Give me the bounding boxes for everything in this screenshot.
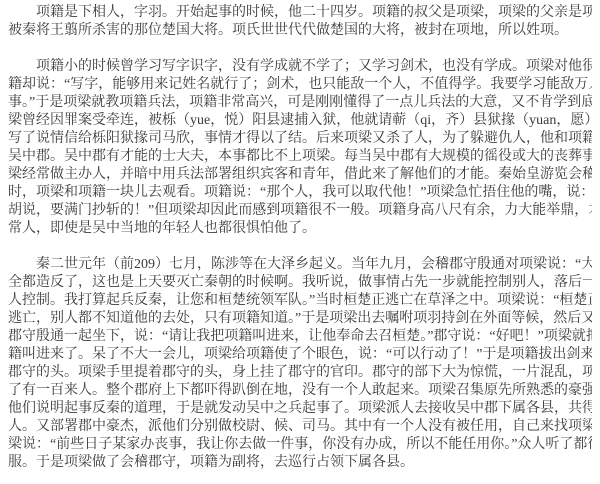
text-line: 梁曾经因罪案受牵连，被栎（yue，悦）阳县逮捕入狱，他就请蕲（qi，齐）县狱掾（… xyxy=(8,112,592,130)
text-line: 逃亡，别人都不知道他的去处，只有项籍知道。”于是项梁出去嘱咐项羽持剑在外面等候，… xyxy=(8,310,592,328)
text-line: 人控制。我打算起兵反秦，让您和桓楚统领军队。”当时桓楚正逃亡在草泽之中。项梁说：… xyxy=(8,292,592,310)
paragraph: 项籍小的时候曾学习写字识字，没有学成就不学了；又学习剑术，也没有学成。项梁对他很… xyxy=(8,58,592,238)
text-line: 秦二世元年（前209）七月，陈涉等在大泽乡起义。当年九月，会稽郡守殷通对项梁说：… xyxy=(8,256,592,274)
text-line: 常人，即使是吴中当地的年轻人也都很惧怕他了。 xyxy=(8,220,592,238)
text-line: 梁说：“前些日子某家办丧事，我让你去做一件事，你没有办成，所以不能任用你。”众人… xyxy=(8,436,592,454)
text-line: 胡说，要满门抄斩的！”但项梁却因此而感到项籍很不一般。项籍身高八尺有余，力大能举… xyxy=(8,202,592,220)
document-page: 项籍是下相人，字羽。开始起事的时候，他二十四岁。项籍的叔父是项梁，项梁的父亲是项… xyxy=(0,0,600,484)
text-line: 籍却说：“写字，能够用来记姓名就行了；剑术，也只能敌一个人，不值得学。我要学习能… xyxy=(8,76,592,94)
text-line: 籍叫进来了。呆了不大一会儿，项梁给项籍使了个眼色，说：“可以行动了！”于是项籍拔… xyxy=(8,346,592,364)
text-line: 他们说明起事反秦的道理，于是就发动吴中之兵起事了。项梁派人去接收吴中郡下属各县，… xyxy=(8,400,592,418)
text-line: 事。”于是项梁就教项籍兵法，项籍非常高兴，可是刚刚懂得了一点儿兵法的大意，又不肯… xyxy=(8,94,592,112)
text-line: 被秦将王翦所杀害的那位楚国大将。项氏世世代代做楚国的大将，被封在项地，所以姓项。 xyxy=(8,22,592,40)
text-line: 了有一百来人。整个郡府上下都吓得趴倒在地，没有一个人敢起来。项梁召集原先所熟悉的… xyxy=(8,382,592,400)
text-line: 梁经常做主办人，并暗中用兵法部署组织宾客和青年，借此来了解他们的才能。秦始皇游览… xyxy=(8,166,592,184)
text-line: 项籍是下相人，字羽。开始起事的时候，他二十四岁。项籍的叔父是项梁，项梁的父亲是项… xyxy=(8,4,592,22)
text-line: 全都造反了，这也是上天要灭亡秦朝的时候啊。我听说，做事情占先一步就能控制别人，落… xyxy=(8,274,592,292)
paragraph: 秦二世元年（前209）七月，陈涉等在大泽乡起义。当年九月，会稽郡守殷通对项梁说：… xyxy=(8,256,592,472)
text-line: 吴中郡。吴中郡有才能的士大夫，本事都比不上项梁。每当吴中郡有大规模的徭役或大的丧… xyxy=(8,148,592,166)
paragraph: 项籍是下相人，字羽。开始起事的时候，他二十四岁。项籍的叔父是项梁，项梁的父亲是项… xyxy=(8,4,592,40)
text-line: 人。又部署郡中豪杰，派他们分别做校尉、候、司马。其中有一个人没有被任用，自己来找… xyxy=(8,418,592,436)
text-line: 郡守的头。项梁手里提着郡守的头，身上挂了郡守的官印。郡守的部下大为惊慌，一片混乱… xyxy=(8,364,592,382)
text-line: 时，项梁和项籍一块儿去观看。项籍说：“那个人，我可以取代他！”项梁急忙捂住他的嘴… xyxy=(8,184,592,202)
document-body: 项籍是下相人，字羽。开始起事的时候，他二十四岁。项籍的叔父是项梁，项梁的父亲是项… xyxy=(8,4,592,472)
text-line: 写了说情信给栎阳狱掾司马欣，事情才得以了结。后来项梁又杀了人，为了躲避仇人，他和… xyxy=(8,130,592,148)
text-line: 郡守殷通一起坐下，说：“请让我把项籍叫进来，让他奉命去召桓楚。”郡守说：“好吧！… xyxy=(8,328,592,346)
text-line: 服。于是项梁做了会稽郡守，项籍为副将，去巡行占领下属各县。 xyxy=(8,454,592,472)
text-line: 项籍小的时候曾学习写字识字，没有学成就不学了；又学习剑术，也没有学成。项梁对他很… xyxy=(8,58,592,76)
